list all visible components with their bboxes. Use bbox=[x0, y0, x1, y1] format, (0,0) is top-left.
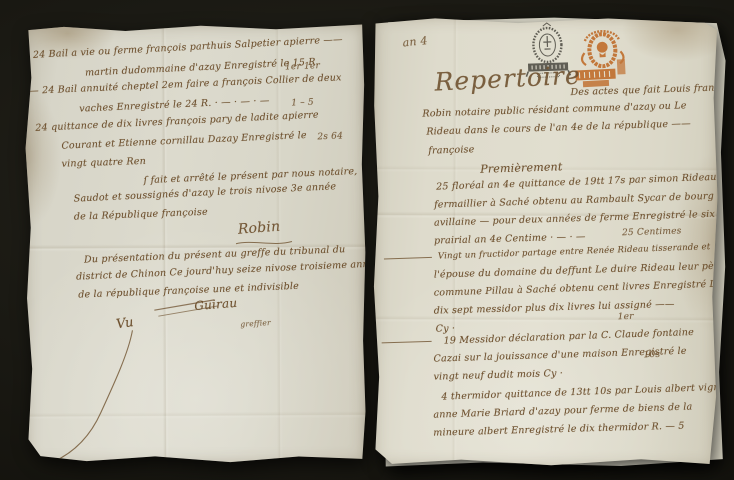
right-page: an 4 bbox=[371, 15, 719, 468]
left-page-wrap: 24 Bail a vie ou ferme françois parthuis… bbox=[24, 24, 366, 465]
right-page-wrap: an 4 bbox=[372, 16, 718, 468]
page-edge-shading bbox=[23, 23, 367, 466]
left-page: 24 Bail a vie ou ferme françois parthuis… bbox=[23, 23, 367, 466]
page-edge-shading bbox=[371, 15, 719, 468]
archival-document-photo: 24 Bail a vie ou ferme françois parthuis… bbox=[0, 0, 734, 480]
